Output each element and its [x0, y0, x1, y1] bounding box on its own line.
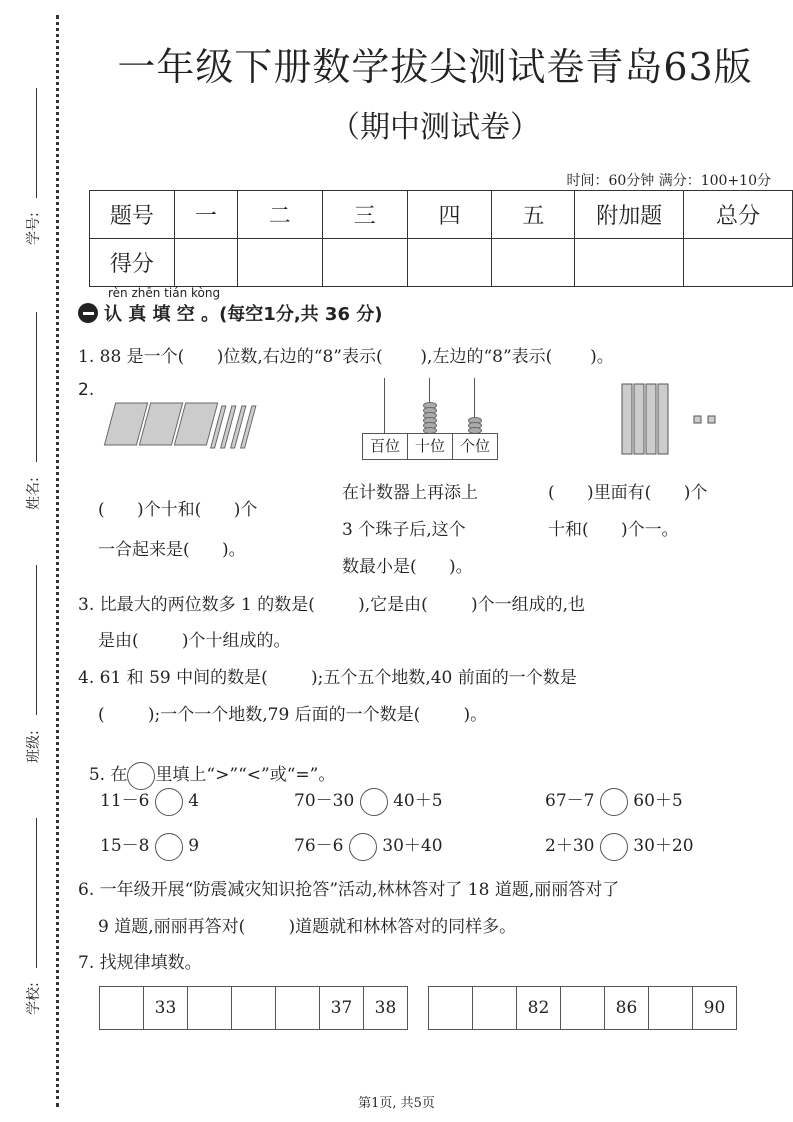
- score-cell[interactable]: [174, 239, 237, 287]
- question-6-line-2: 9 道题,丽丽再答对( )道题就和林林答对的同样多。: [98, 912, 516, 937]
- compare-item: 67－7 60＋5: [545, 786, 683, 816]
- name-line: [36, 312, 37, 462]
- page-title: 一年级下册数学拔尖测试卷青岛63版: [100, 36, 770, 91]
- question-2b-line-2: 3 个珠子后,这个: [342, 515, 466, 540]
- name-label: 姓名:: [23, 480, 43, 510]
- counter-ones: 个位: [453, 434, 497, 459]
- cell: 得分: [90, 239, 175, 287]
- student-id-label: 学号:: [23, 215, 43, 245]
- compare-circle[interactable]: [155, 788, 183, 816]
- cell: 五: [492, 191, 575, 239]
- question-2a-line-2: 一合起来是( )。: [98, 535, 246, 560]
- compare-circle[interactable]: [349, 833, 377, 861]
- score-cell[interactable]: [407, 239, 492, 287]
- sequence-cell: 38: [364, 987, 407, 1029]
- student-id-line: [36, 88, 37, 198]
- compare-item: 15－8 9: [100, 831, 199, 861]
- score-cell[interactable]: [575, 239, 684, 287]
- cell: 总分: [684, 191, 793, 239]
- cell: 一: [174, 191, 237, 239]
- score-table-score-row: 得分: [90, 239, 793, 287]
- question-2a-line-1: ( )个十和( )个: [98, 495, 257, 520]
- section-title: 认 真 填 空 。(每空1分,共 36 分): [104, 300, 382, 326]
- cell: 二: [237, 191, 322, 239]
- counter-tens: 十位: [408, 434, 453, 459]
- question-2c-line-1: ( )里面有( )个: [548, 478, 707, 503]
- section-pinyin: rèn zhēn tián kòng: [108, 286, 220, 300]
- section-heading: 认 真 填 空 。(每空1分,共 36 分): [78, 300, 382, 326]
- compare-item: 70－30 40＋5: [294, 786, 443, 816]
- compare-circle[interactable]: [600, 833, 628, 861]
- question-3-line-2: 是由( )个十组成的。: [98, 626, 291, 651]
- question-2c-line-2: 十和( )个一。: [548, 515, 679, 540]
- sticks-illustration-icon: [100, 398, 260, 454]
- sequence-cell[interactable]: [561, 987, 605, 1029]
- cell: 题号: [90, 191, 175, 239]
- sequence-cell: 86: [605, 987, 649, 1029]
- score-cell[interactable]: [322, 239, 407, 287]
- score-table-header-row: 题号 一 二 三 四 五 附加题 总分: [90, 191, 793, 239]
- question-4-line-2: ( );一个一个地数,79 后面的一个数是( )。: [98, 700, 487, 725]
- compare-item: 11－6 4: [100, 786, 199, 816]
- sequence-1: 33 37 38: [99, 986, 408, 1030]
- sequence-cell[interactable]: [649, 987, 693, 1029]
- compare-circle[interactable]: [600, 788, 628, 816]
- question-7: 7. 找规律填数。: [78, 948, 202, 973]
- section-number-icon: [78, 303, 98, 323]
- sequence-cell[interactable]: [100, 987, 144, 1029]
- question-5-heading: 5. 在里填上“>”“<”或“=”。: [78, 740, 335, 790]
- compare-circle[interactable]: [360, 788, 388, 816]
- score-cell[interactable]: [237, 239, 322, 287]
- sequence-cell[interactable]: [232, 987, 276, 1029]
- sequence-cell: 90: [693, 987, 736, 1029]
- score-cell[interactable]: [492, 239, 575, 287]
- sequence-cell[interactable]: [188, 987, 232, 1029]
- page-footer: 第1页, 共5页: [0, 1092, 793, 1111]
- class-line: [36, 565, 37, 715]
- cell: 四: [407, 191, 492, 239]
- sequence-2: 82 86 90: [428, 986, 737, 1030]
- counter-hundreds: 百位: [363, 434, 408, 459]
- exam-meta: 时间：60分钟 满分：100+10分: [566, 170, 771, 190]
- question-4-line-1: 4. 61 和 59 中间的数是( );五个五个地数,40 前面的一个数是: [78, 663, 577, 688]
- cell: 三: [322, 191, 407, 239]
- question-1: 1. 88 是一个( )位数,右边的“8”表示( ),左边的“8”表示( )。: [78, 342, 614, 367]
- question-2-number: 2.: [78, 380, 94, 400]
- school-label: 学校:: [23, 985, 43, 1015]
- page-subtitle: （期中测试卷）: [100, 102, 770, 146]
- score-cell[interactable]: [684, 239, 793, 287]
- score-table: 题号 一 二 三 四 五 附加题 总分 得分: [89, 190, 793, 287]
- question-2b-line-1: 在计数器上再添上: [342, 478, 478, 503]
- question-2b-line-3: 数最小是( )。: [342, 552, 473, 577]
- blocks-illustration-icon: [620, 382, 730, 457]
- question-3-line-1: 3. 比最大的两位数多 1 的数是( ),它是由( )个一组成的,也: [78, 590, 585, 615]
- sequence-cell: 33: [144, 987, 188, 1029]
- sequence-cell[interactable]: [473, 987, 517, 1029]
- binding-line: [56, 15, 59, 1107]
- sequence-cell: 82: [517, 987, 561, 1029]
- question-6-line-1: 6. 一年级开展“防震减灾知识抢答”活动,林林答对了 18 道题,丽丽答对了: [78, 875, 619, 900]
- sequence-cell[interactable]: [429, 987, 473, 1029]
- class-label: 班级:: [23, 733, 43, 763]
- compare-circle[interactable]: [155, 833, 183, 861]
- sequence-cell[interactable]: [276, 987, 320, 1029]
- compare-item: 2＋30 30＋20: [545, 831, 694, 861]
- compare-item: 76－6 30＋40: [294, 831, 443, 861]
- cell: 附加题: [575, 191, 684, 239]
- sequence-cell: 37: [320, 987, 364, 1029]
- school-line: [36, 818, 37, 968]
